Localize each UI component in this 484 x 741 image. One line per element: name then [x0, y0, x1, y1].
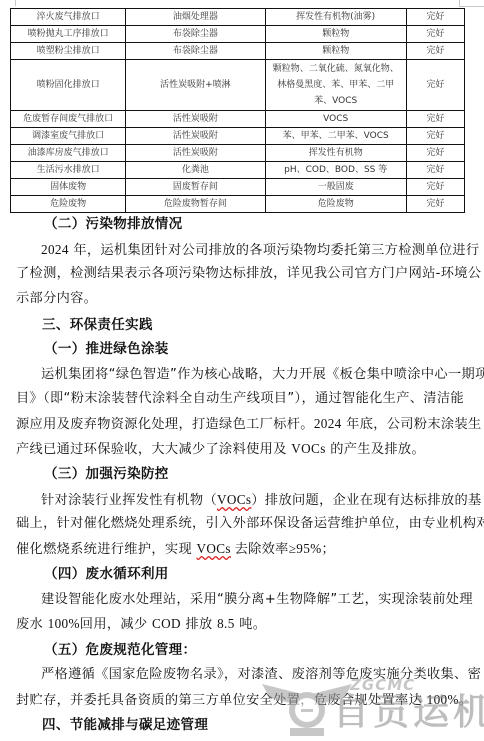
table-row: 固体废物 固废暂存间 一般固废 完好: [11, 179, 465, 196]
year-value: 2024: [41, 242, 69, 257]
text-run: 废水: [16, 617, 48, 632]
text-run: 排放: [181, 617, 217, 632]
treatment-facility-cell: 固废暂存间: [126, 179, 265, 196]
text-run: 产线已通过环保验收，大大减少了涂料使用及: [16, 442, 291, 457]
table-row: 危废暂存间废气排放口 活性炭吸附 VOCS 完好: [11, 111, 465, 128]
status-cell: 完好: [406, 128, 464, 145]
chapter-heading-responsibility: 三、环保责任实践: [42, 315, 484, 335]
paragraph-line: 建设智能化废水处理站，采用“膜分离+生物降解”工艺，实现涂装前处理: [41, 590, 484, 610]
page-margin-mark-right-h: [459, 6, 484, 7]
emission-source-cell: 生活污水排放口: [11, 162, 126, 179]
section-heading-hazardous-waste: （五）危废规范化管理：: [44, 640, 484, 660]
treatment-facility-cell: 油烟处理器: [126, 9, 265, 26]
treatment-facility-cell: 危险废物暂存间: [126, 196, 265, 213]
pollutant-cell: 危险废物: [265, 196, 406, 213]
text-run: 年，运机集团针对公司排放的各项污染物均委托第三方检测单位进行: [69, 243, 480, 258]
paragraph-line: 运机集团将“绿色智造”作为核心战略，大力开展《板仓集中喷涂中心一期项: [41, 365, 484, 385]
voc-term: VOCs: [291, 441, 325, 456]
table-row: 油漆库房废气排放口 活性炭吸附 挥发性有机物 完好: [11, 145, 465, 162]
status-cell: 完好: [406, 26, 464, 43]
paragraph-line: 目》（即“粉末涂装替代涂料全自动生产线项目”），通过智能化生产、清洁能: [16, 389, 468, 409]
status-cell: 完好: [406, 196, 464, 213]
treatment-facility-cell: 活性炭吸附: [126, 128, 265, 145]
text-run: 的产生及排放。: [326, 442, 425, 457]
paragraph-line: 针对涂装行业挥发性有机物（VOCs）排放问题，企业在现有达标排放的基: [41, 490, 484, 510]
pollutant-cell: 一般固废: [265, 179, 406, 196]
pollutant-cell: 颗粒物、二氧化硫、氮氧化物、林格曼黑度、苯、甲苯、二甲苯、VOCS: [265, 60, 406, 111]
table-row: 淬火废气排放口 油烟处理器 挥发性有机物(油雾) 完好: [11, 9, 465, 26]
emission-source-cell: 危废暂存间废气排放口: [11, 111, 126, 128]
voc-term-spellcheck: VOCs: [217, 492, 251, 507]
emission-source-cell: 喷粉固化排放口: [11, 60, 126, 111]
pollutant-cell: 挥发性有机物(油雾): [265, 9, 406, 26]
paragraph-line: 产线已通过环保验收，大大减少了涂料使用及 VOCs 的产生及排放。: [16, 439, 468, 459]
emission-source-cell: 喷塑粉尘排放口: [11, 43, 126, 60]
section-heading-wastewater: （四）废水循环利用: [44, 564, 484, 584]
status-cell: 完好: [406, 111, 464, 128]
treatment-facility-cell: 活性炭吸附+喷淋: [126, 60, 265, 111]
text-run: 吨。: [235, 617, 267, 632]
section-heading-green-coating: （一）推进绿色涂装: [44, 339, 484, 359]
year-value: 2024: [314, 416, 342, 431]
pollutant-cell: 颗粒物: [265, 26, 406, 43]
pollutant-cell: 挥发性有机物: [265, 145, 406, 162]
pollutant-cell: pH、COD、BOD、SS 等: [265, 162, 406, 179]
cod-reduction-amount: 8.5: [217, 616, 235, 631]
treatment-facility-cell: 活性炭吸附: [126, 111, 265, 128]
section-heading-emissions: （二）污染物排放情况: [44, 214, 484, 234]
page-margin-mark-left: [15, 0, 16, 6]
emission-source-cell: 调漆室废气排放口: [11, 128, 126, 145]
table-row: 喷粉固化排放口 活性炭吸附+喷淋 颗粒物、二氧化硫、氮氧化物、林格曼黑度、苯、甲…: [11, 60, 465, 111]
table-row: 危险废物 危险废物暂存间 危险废物 完好: [11, 196, 465, 213]
section-heading-pollution-control: （三）加强污染防控: [44, 464, 484, 484]
pollutant-cell: 苯、甲苯、二甲苯、VOCS: [265, 128, 406, 145]
paragraph-line: 废水 100%回用，减少 COD 排放 8.5 吨。: [16, 614, 468, 634]
paragraph-line: 催化燃烧系统进行维护，实现 VOCs 去除效率≥95%；: [16, 539, 468, 559]
table-row: 生活污水排放口 化粪池 pH、COD、BOD、SS 等 完好: [11, 162, 465, 179]
status-cell: 完好: [406, 162, 464, 179]
status-cell: 完好: [406, 9, 464, 26]
pollutant-cell: 颗粒物: [265, 43, 406, 60]
treatment-facility-cell: 活性炭吸附: [126, 145, 265, 162]
pollutant-cell: VOCS: [265, 111, 406, 128]
pollutant-treatment-table: 淬火废气排放口 油烟处理器 挥发性有机物(油雾) 完好 喷粉抛丸工序排放口 布袋…: [10, 8, 465, 213]
text-run: 去除效率≥95%；: [231, 541, 335, 556]
treatment-facility-cell: 化粪池: [126, 162, 265, 179]
text-run: 年底，公司粉末涂装生: [342, 417, 482, 432]
paragraph-line: 示部分内容。: [16, 289, 468, 309]
treatment-facility-cell: 布袋除尘器: [126, 26, 265, 43]
emission-source-cell: 喷粉抛丸工序排放口: [11, 26, 126, 43]
text-run: ）排放问题，企业在现有达标排放的基: [251, 493, 481, 508]
paragraph-line: 础上，针对催化燃烧处理系统，引入外部环保设备运营维护单位，由专业机构对: [16, 514, 468, 534]
status-cell: 完好: [406, 60, 464, 111]
status-cell: 完好: [406, 43, 464, 60]
paragraph-line: 2024 年，运机集团针对公司排放的各项污染物均委托第三方检测单位进行: [41, 240, 484, 260]
table-row: 喷塑粉尘排放口 布袋除尘器 颗粒物 完好: [11, 43, 465, 60]
paragraph-line: 源应用及废弃物资源化处理，打造绿色工厂标杆。2024 年底，公司粉末涂装生: [16, 414, 468, 434]
voc-term-spellcheck: VOCs: [197, 541, 231, 556]
status-cell: 完好: [406, 179, 464, 196]
reuse-percent: 100%: [48, 616, 80, 631]
company-watermark: ZGCMC 自贡运机: [268, 676, 484, 738]
cod-term: COD: [152, 616, 181, 631]
text-run: 催化燃烧系统进行维护，实现: [16, 542, 197, 557]
table-row: 调漆室废气排放口 活性炭吸附 苯、甲苯、二甲苯、VOCS 完好: [11, 128, 465, 145]
treatment-facility-cell: 布袋除尘器: [126, 43, 265, 60]
table-row: 喷粉抛丸工序排放口 布袋除尘器 颗粒物 完好: [11, 26, 465, 43]
text-run: 源应用及废弃物资源化处理，打造绿色工厂标杆。: [16, 417, 314, 432]
emission-source-cell: 淬火废气排放口: [11, 9, 126, 26]
emission-source-cell: 油漆库房废气排放口: [11, 145, 126, 162]
emission-source-cell: 固体废物: [11, 179, 126, 196]
text-run: 回用，减少: [80, 617, 152, 632]
paragraph-line: 了检测，检测结果表示各项污染物达标排放，详见我公司官方门户网站-环境公: [16, 264, 468, 284]
watermark-text: 自贡运机: [333, 684, 484, 735]
text-run: 针对涂装行业挥发性有机物（: [41, 493, 217, 508]
status-cell: 完好: [406, 145, 464, 162]
emission-source-cell: 危险废物: [11, 196, 126, 213]
